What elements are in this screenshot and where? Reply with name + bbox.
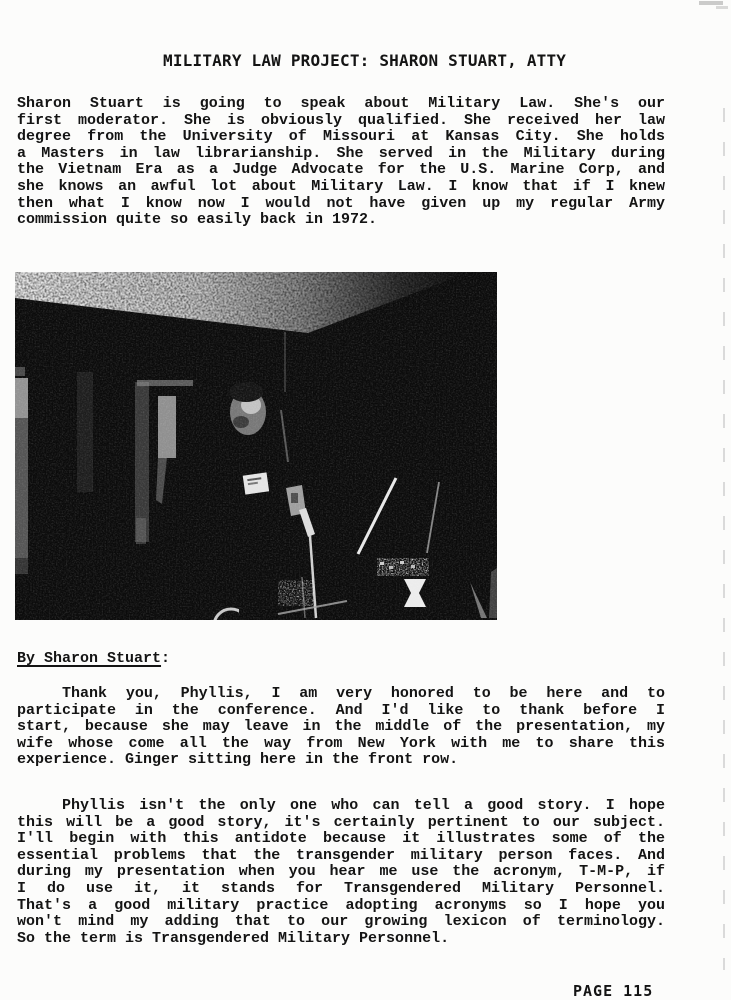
byline-colon: : bbox=[161, 650, 170, 667]
text-line: participate in the conference. And I'd l… bbox=[17, 703, 665, 720]
text-line: Phyllis isn't the only one who can tell … bbox=[17, 798, 665, 815]
text-line: I do use it, it stands for Transgendered… bbox=[17, 881, 665, 898]
page-number: PAGE 115 bbox=[573, 982, 653, 1000]
text-line: degree from the University of Missouri a… bbox=[17, 129, 665, 146]
page-title: MILITARY LAW PROJECT: SHARON STUART, ATT… bbox=[163, 51, 566, 70]
text-line: Sharon Stuart is going to speak about Mi… bbox=[17, 96, 665, 113]
text-line: Thank you, Phyllis, I am very honored to… bbox=[17, 686, 665, 703]
text-line: a Masters in law librarianship. She serv… bbox=[17, 146, 665, 163]
text-line: during my presentation when you hear me … bbox=[17, 864, 665, 881]
scan-artifact-right-edge bbox=[723, 108, 725, 970]
text-line: commission quite so easily back in 1972. bbox=[17, 212, 665, 229]
text-line: she knows an awful lot about Military La… bbox=[17, 179, 665, 196]
speech-paragraph-1: Thank you, Phyllis, I am very honored to… bbox=[17, 686, 665, 769]
photograph-speaker-at-microphone bbox=[15, 272, 497, 620]
intro-paragraph: Sharon Stuart is going to speak about Mi… bbox=[17, 96, 665, 229]
byline: By Sharon Stuart: bbox=[17, 650, 170, 667]
text-line: won't mind my adding that to our growing… bbox=[17, 914, 665, 931]
text-line: experience. Ginger sitting here in the f… bbox=[17, 752, 665, 769]
text-line: this will be a good story, it's certainl… bbox=[17, 815, 665, 832]
text-line: the Vietnam Era as a Judge Advocate for … bbox=[17, 162, 665, 179]
scanned-document-page: MILITARY LAW PROJECT: SHARON STUART, ATT… bbox=[0, 0, 731, 1000]
text-line: I'll begin with this antidote because it… bbox=[17, 831, 665, 848]
scan-artifact-corner-speck bbox=[699, 1, 723, 5]
photo-grain-overlay bbox=[15, 272, 497, 620]
text-line: That's a good military practice adopting… bbox=[17, 898, 665, 915]
text-line: first moderator. She is obviously qualif… bbox=[17, 113, 665, 130]
text-line: then what I know now I would not have gi… bbox=[17, 196, 665, 213]
scan-artifact-corner-speck bbox=[716, 6, 728, 9]
photograph-artwork bbox=[15, 272, 497, 620]
text-line: start, because she may leave in the midd… bbox=[17, 719, 665, 736]
speech-paragraph-2: Phyllis isn't the only one who can tell … bbox=[17, 798, 665, 947]
text-line: essential problems that the transgender … bbox=[17, 848, 665, 865]
byline-name: By Sharon Stuart bbox=[17, 650, 161, 667]
text-line: wife whose come all the way from New Yor… bbox=[17, 736, 665, 753]
text-line: So the term is Transgendered Military Pe… bbox=[17, 931, 665, 948]
